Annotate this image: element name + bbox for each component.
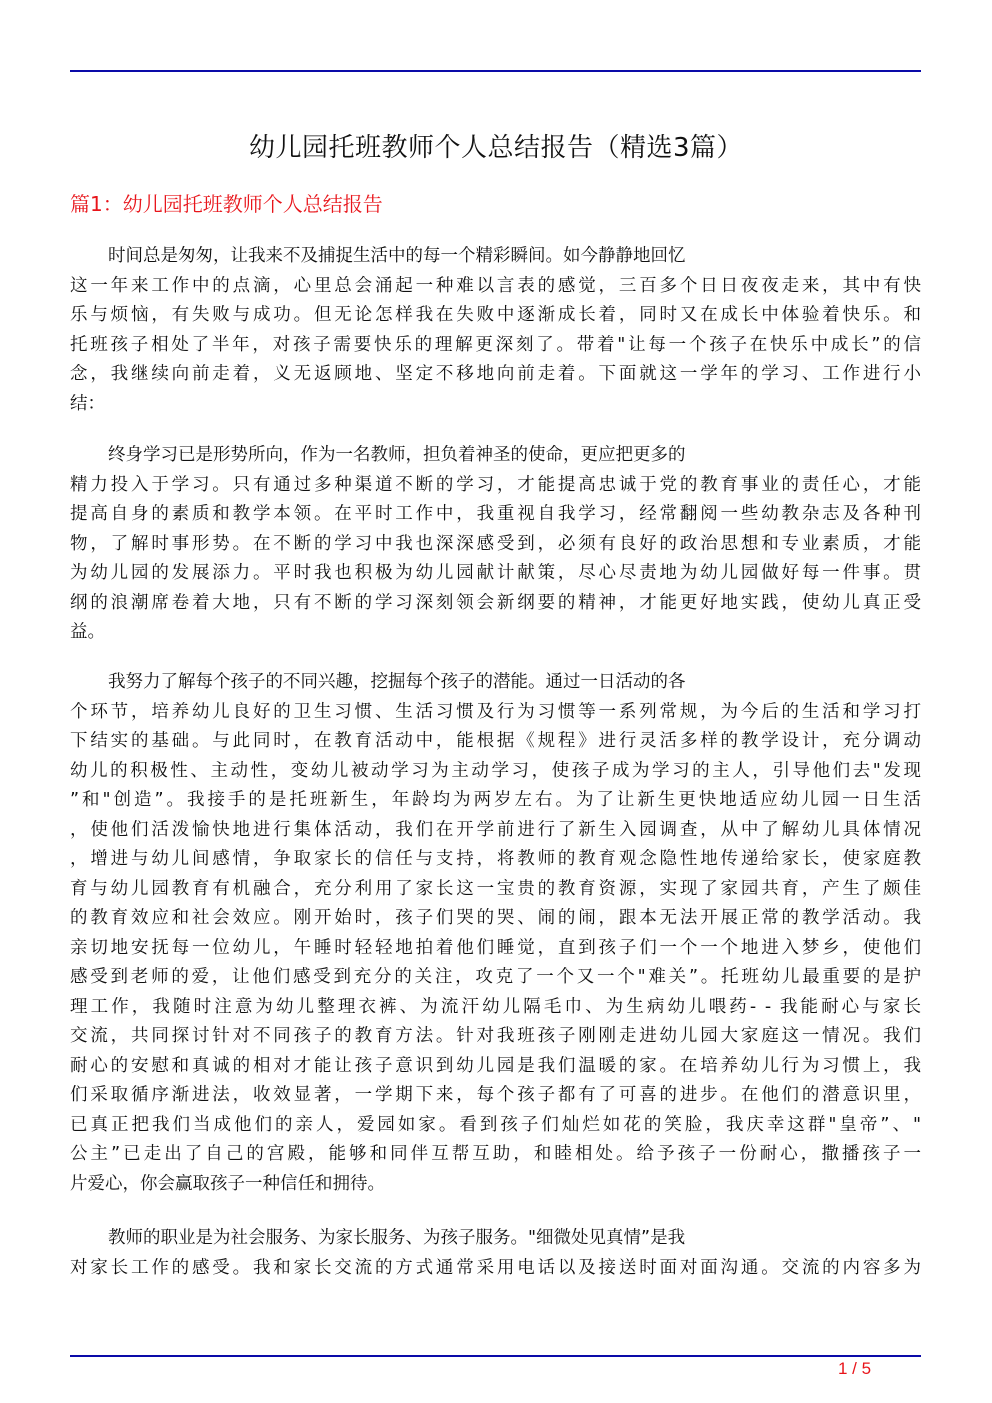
paragraph-line: 物，了解时事形势。在不断的学习中我也深深感受到，必须有良好的政治思想和专业素质，… [70,530,921,560]
document-title: 幼儿园托班教师个人总结报告（精选3篇） [0,130,992,166]
paragraph-line: 幼儿的积极性、主动性，变幼儿被动学习为主动学习，使孩子成为学习的主人，引导他们去… [70,757,921,787]
paragraph-line: 亲切地安抚每一位幼儿，午睡时轻轻地拍着他们睡觉，直到孩子们一个一个地进入梦乡，使… [70,934,921,964]
paragraph-line: 托班孩子相处了半年，对孩子需要快乐的理解更深刻了。带着"让每一个孩子在快乐中成长… [70,331,921,361]
paragraph-line: 我努力了解每个孩子的不同兴趣，挖掘每个孩子的潜能。通过一日活动的各 [70,668,921,698]
paragraph-line: ，增进与幼儿间感情，争取家长的信任与支持，将教师的教育观念隐性地传递给家长，使家… [70,845,921,875]
paragraph-2: 终身学习已是形势所向，作为一名教师，担负着神圣的使命，更应把更多的 精力投入于学… [70,441,921,648]
paragraph-line: 纲的浪潮席卷着大地，只有不断的学习深刻领会新纲要的精神，才能更好地实践，使幼儿真… [70,589,921,619]
paragraph-line: 育与幼儿园教育有机融合，充分利用了家长这一宝贵的教育资源，实现了家园共育，产生了… [70,875,921,905]
section-heading: 篇1：幼儿园托班教师个人总结报告 [70,188,383,220]
paragraph-line: ”和"创造”。我接手的是托班新生，年龄均为两岁左右。为了让新生更快地适应幼儿园一… [70,786,921,816]
paragraph-line: 耐心的安慰和真诚的相对才能让孩子意识到幼儿园是我们温暖的家。在培养幼儿行为习惯上… [70,1052,921,1082]
paragraph-line: 教师的职业是为社会服务、为家长服务、为孩子服务。"细微处见真情”是我 [70,1224,921,1254]
paragraph-line: 已真正把我们当成他们的亲人，爱园如家。看到孩子们灿烂如花的笑脸，我庆幸这群"皇帝… [70,1111,921,1141]
paragraph-line: 下结实的基础。与此同时，在教育活动中，能根据《规程》进行灵活多样的教学设计，充分… [70,727,921,757]
page-number: 1 / 5 [838,1358,871,1380]
paragraph-line: 感受到老师的爱，让他们感受到充分的关注，攻克了一个又一个"难关”。托班幼儿最重要… [70,963,921,993]
paragraph-line: 终身学习已是形势所向，作为一名教师，担负着神圣的使命，更应把更多的 [70,441,921,471]
header-rule [70,70,921,72]
paragraph-line: 对家长工作的感受。我和家长交流的方式通常采用电话以及接送时面对面沟通。交流的内容… [70,1254,921,1284]
paragraph-line: 个环节，培养幼儿良好的卫生习惯、生活习惯及行为习惯等一系列常规，为今后的生活和学… [70,698,921,728]
paragraph-line: 交流，共同探讨针对不同孩子的教育方法。针对我班孩子刚刚走进幼儿园大家庭这一情况。… [70,1022,921,1052]
paragraph-line: 公主”已走出了自己的宫殿，能够和同伴互帮互助，和睦相处。给予孩子一份耐心，撒播孩… [70,1140,921,1170]
paragraph-line: 结： [70,390,921,420]
paragraph-line: 们采取循序渐进法，收效显著，一学期下来，每个孩子都有了可喜的进步。在他们的潜意识… [70,1081,921,1111]
paragraph-line: 乐与烦恼，有失败与成功。但无论怎样我在失败中逐渐成长着，同时又在成长中体验着快乐… [70,301,921,331]
paragraph-line: 益。 [70,618,921,648]
paragraph-line: 为幼儿园的发展添力。平时我也积极为幼儿园献计献策，尽心尽责地为幼儿园做好每一件事… [70,559,921,589]
paragraph-3: 我努力了解每个孩子的不同兴趣，挖掘每个孩子的潜能。通过一日活动的各 个环节，培养… [70,668,921,1199]
paragraph-line: 理工作，我随时注意为幼儿整理衣裤、为流汗幼儿隔毛巾、为生病幼儿喂药- - 我能耐… [70,993,921,1023]
paragraph-line: 的教育效应和社会效应。刚开始时，孩子们哭的哭、闹的闹，跟本无法开展正常的教学活动… [70,904,921,934]
paragraph-line: 念，我继续向前走着，义无返顾地、坚定不移地向前走着。下面就这一学年的学习、工作进… [70,360,921,390]
paragraph-line: 时间总是匆匆，让我来不及捕捉生活中的每一个精彩瞬间。如今静静地回忆 [70,242,921,272]
footer-rule [70,1355,921,1357]
paragraph-line: 提高自身的素质和教学本领。在平时工作中，我重视自我学习，经常翻阅一些幼教杂志及各… [70,500,921,530]
paragraph-1: 时间总是匆匆，让我来不及捕捉生活中的每一个精彩瞬间。如今静静地回忆 这一年来工作… [70,242,921,419]
paragraph-line: 片爱心，你会赢取孩子一种信任和拥待。 [70,1170,921,1200]
paragraph-4: 教师的职业是为社会服务、为家长服务、为孩子服务。"细微处见真情”是我 对家长工作… [70,1224,921,1283]
paragraph-line: ，使他们活泼愉快地进行集体活动，我们在开学前进行了新生入园调查，从中了解幼儿具体… [70,816,921,846]
paragraph-line: 精力投入于学习。只有通过多种渠道不断的学习，才能提高忠诚于党的教育事业的责任心，… [70,471,921,501]
paragraph-line: 这一年来工作中的点滴，心里总会涌起一种难以言表的感觉，三百多个日日夜夜走来，其中… [70,272,921,302]
